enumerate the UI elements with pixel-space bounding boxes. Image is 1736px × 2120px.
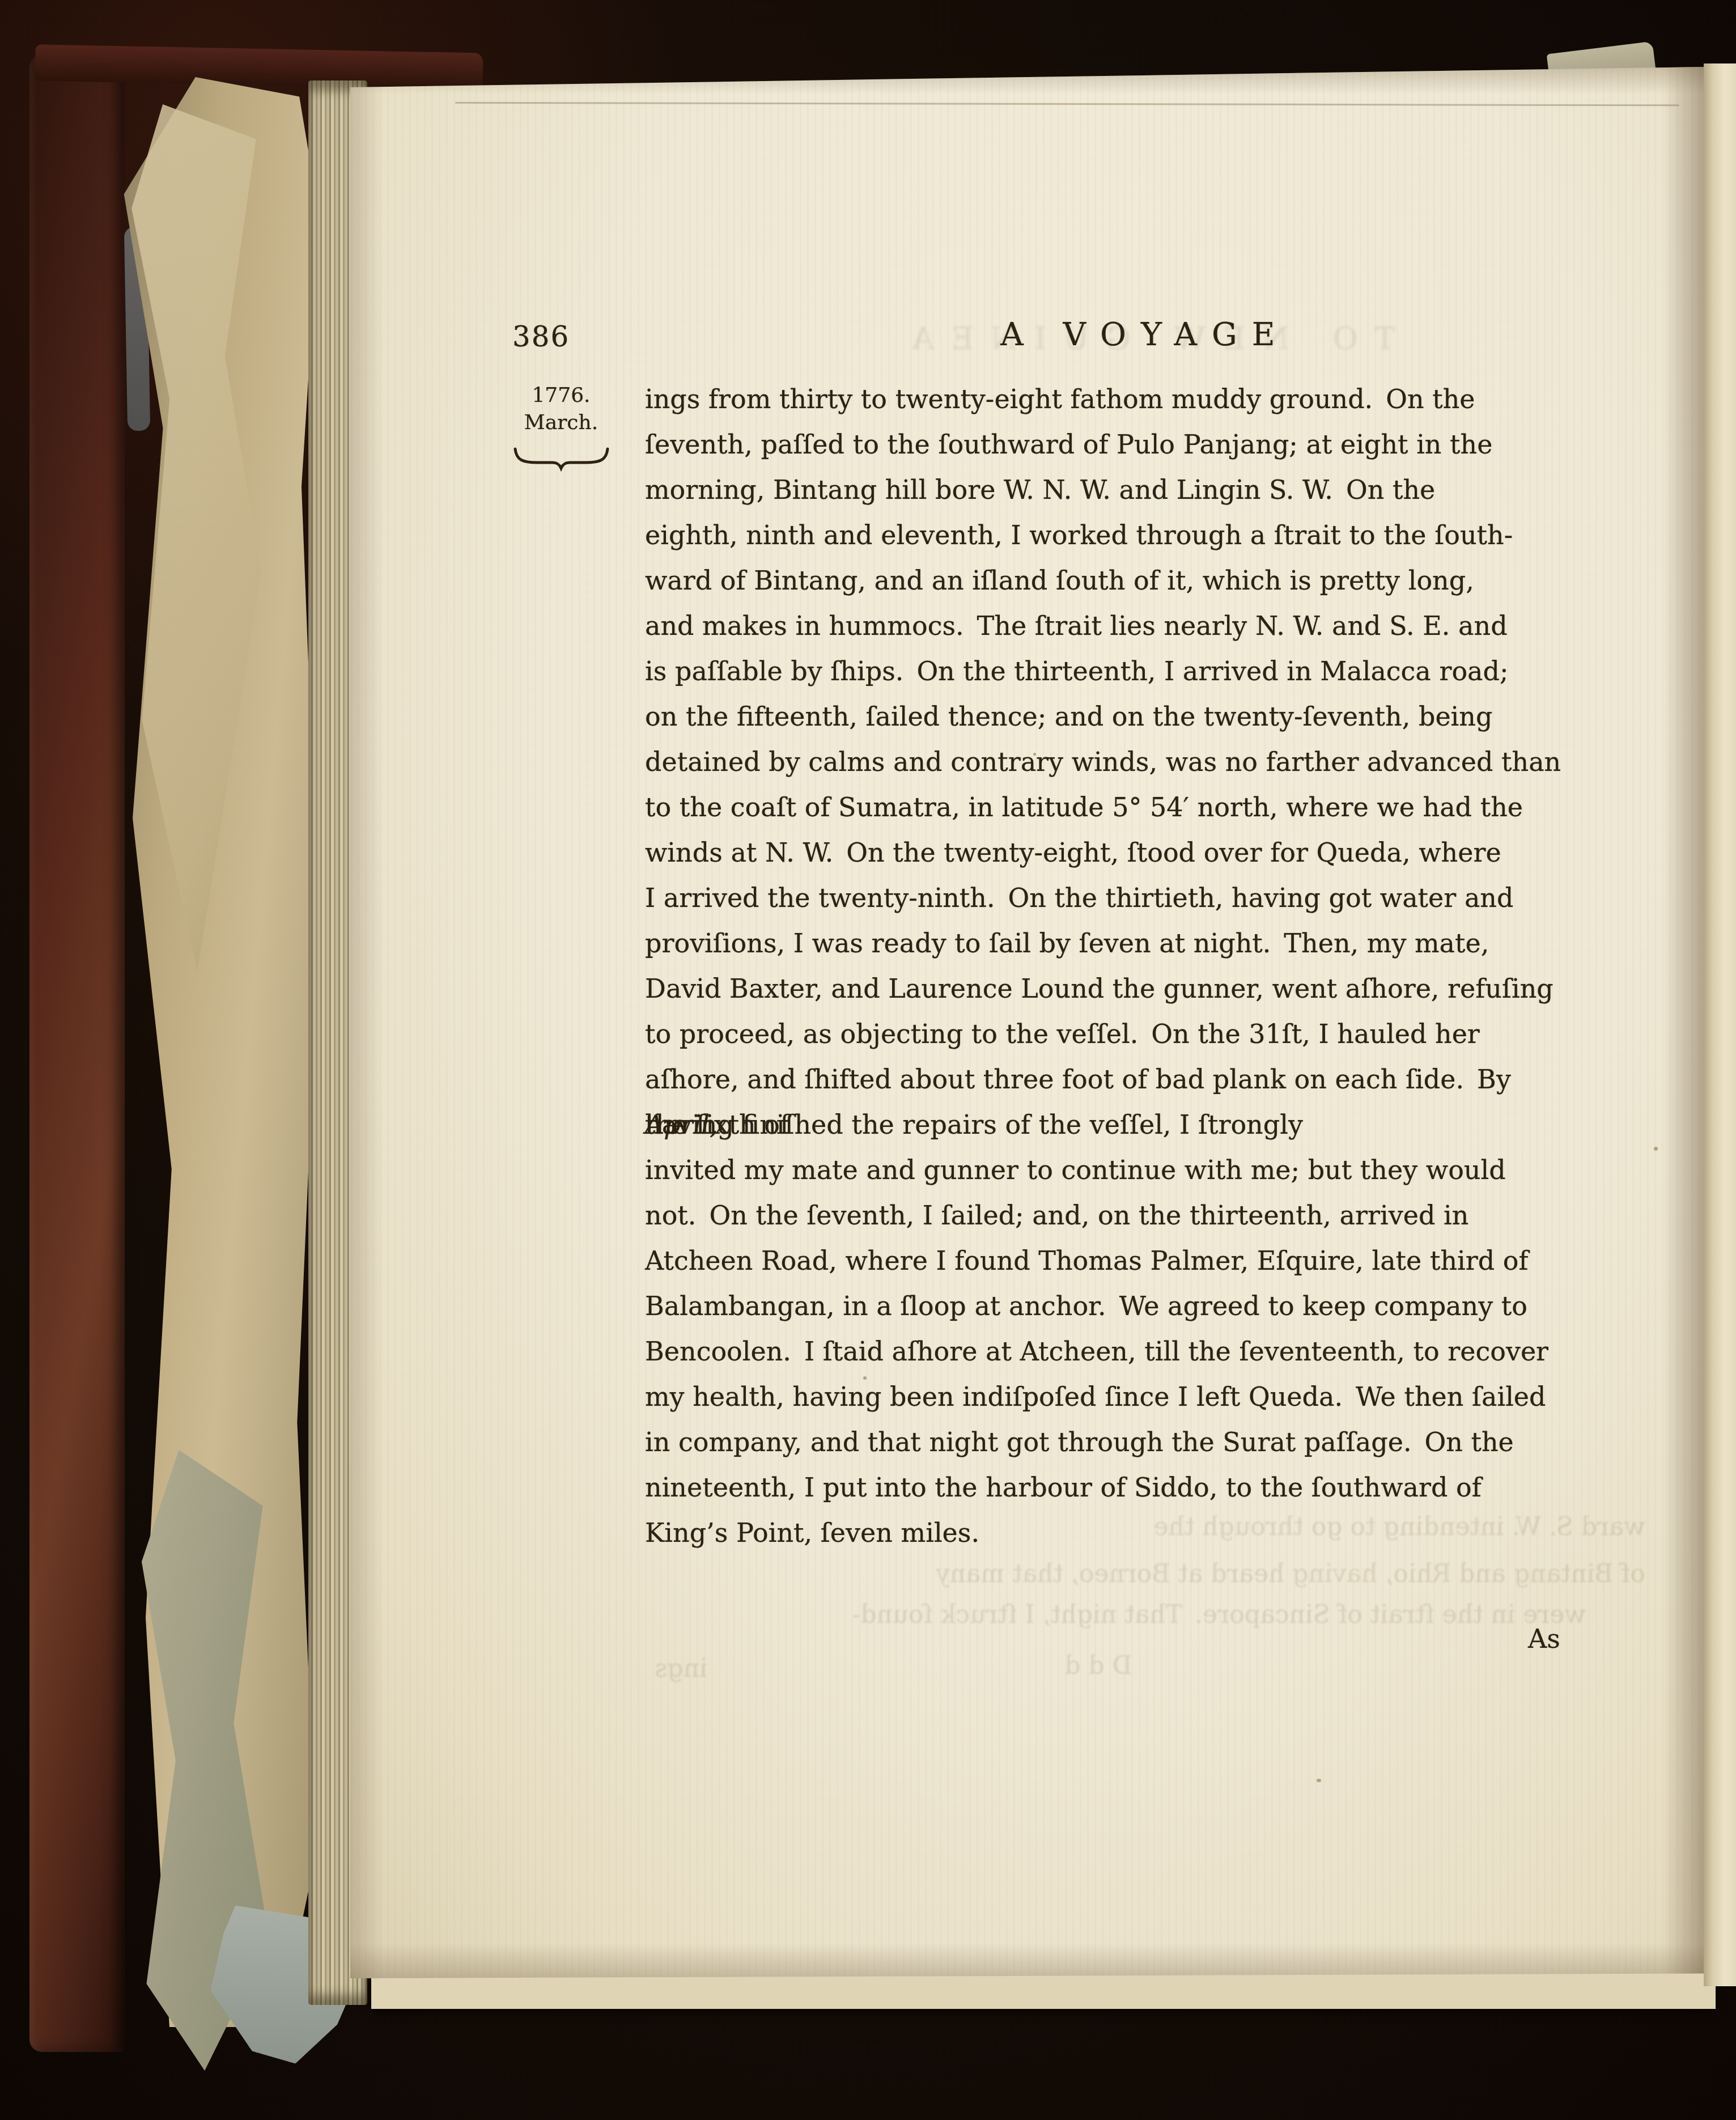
body-line: detained by calms and contrary winds, wa… [645, 739, 1645, 785]
text-segment: David Baxter, and Laurence Lound the gun… [645, 966, 1554, 1011]
margin-brace-icon [512, 446, 611, 472]
body-text: ings from thirty to twenty-eight fathom … [645, 376, 1645, 1555]
body-line: King’s Point, ſeven miles. [645, 1510, 1645, 1555]
text-segment: Balambangan, in a ſloop at anchor. We ag… [645, 1283, 1527, 1329]
body-line: ings from thirty to twenty-eight fathom … [645, 376, 1645, 422]
text-segment: Atcheen Road, where I found Thomas Palme… [645, 1238, 1529, 1283]
body-line: Balambangan, in a ſloop at anchor. We ag… [645, 1283, 1645, 1329]
body-line: ſeventh, paſſed to the ſouthward of Pulo… [645, 422, 1645, 467]
text-segment: ings from thirty to twenty-eight fathom … [645, 376, 1475, 422]
running-header: A VOYAGE [645, 317, 1645, 353]
text-segment: is paſſable by ſhips. On the thirteenth,… [645, 648, 1508, 694]
margin-note-date: 1776. March. [493, 382, 629, 472]
body-line: Atcheen Road, where I found Thomas Palme… [645, 1238, 1645, 1283]
text-segment: my health, having been indiſpoſed ſince … [645, 1374, 1546, 1419]
body-line: aſhore, and ſhifted about three foot of … [645, 1057, 1645, 1102]
body-line: winds at N. W. On the twenty-eight, ſtoo… [645, 830, 1645, 875]
body-line: David Baxter, and Laurence Lound the gun… [645, 966, 1645, 1011]
body-line: morning, Bintang hill bore W. N. W. and … [645, 467, 1645, 512]
text-segment: to proceed, as objecting to the veſſel. … [645, 1011, 1480, 1057]
bleed-through-line: were in the ſtrait of Sincapore. That ni… [645, 1600, 1586, 1630]
text-segment: to the coaſt of Sumatra, in latitude 5° … [645, 785, 1523, 830]
text-segment: aſhore, and ſhifted about three foot of … [645, 1057, 1511, 1102]
body-line: proviſions, I was ready to ſail by ſeven… [645, 921, 1645, 966]
text-segment: having finiſhed the repairs of the veſſe… [645, 1102, 1303, 1147]
bleed-through-line: D d d [985, 1651, 1212, 1681]
text-segment: ſeventh, paſſed to the ſouthward of Pulo… [645, 422, 1492, 467]
body-line: Bencoolen. I ſtaid aſhore at Atcheen, ti… [645, 1329, 1645, 1374]
next-page-edge [1704, 63, 1736, 1986]
text-segment: I arrived the twenty-ninth. On the thirt… [645, 875, 1513, 921]
body-line: ward of Bintang, and an iſland ſouth of … [645, 558, 1645, 603]
page-number: 386 [512, 321, 570, 353]
text-segment: eighth, ninth and eleventh, I worked thr… [645, 512, 1513, 558]
body-line: eighth, ninth and eleventh, I worked thr… [645, 512, 1645, 558]
bleed-through-line: ings [594, 1654, 707, 1684]
bleed-through-line: of Bintang and Rhio, having heard at Bor… [645, 1559, 1645, 1589]
text-segment: and makes in hummocs. The ſtrait lies ne… [645, 603, 1508, 648]
body-line: to the coaſt of Sumatra, in latitude 5° … [645, 785, 1645, 830]
text-segment: not. On the ſeventh, I ſailed; and, on t… [645, 1193, 1468, 1238]
text-segment: ward of Bintang, and an iſland ſouth of … [645, 558, 1474, 603]
text-segment: winds at N. W. On the twenty-eight, ſtoo… [645, 830, 1501, 875]
body-line: my health, having been indiſpoſed ſince … [645, 1374, 1645, 1419]
body-line: not. On the ſeventh, I ſailed; and, on t… [645, 1193, 1645, 1238]
body-line: I arrived the twenty-ninth. On the thirt… [645, 875, 1645, 921]
text-segment: morning, Bintang hill bore W. N. W. and … [645, 467, 1435, 512]
text-segment: proviſions, I was ready to ſail by ſeven… [645, 921, 1489, 966]
book-page: TO NEW GUINEA ward S. W. intending to go… [350, 67, 1704, 1978]
torn-page-edges [109, 73, 336, 2040]
book-photograph: TO NEW GUINEA ward S. W. intending to go… [0, 0, 1736, 2120]
text-segment: on the fifteenth, ſailed thence; and on … [645, 694, 1492, 739]
body-line: and makes in hummocs. The ſtrait lies ne… [645, 603, 1645, 648]
margin-note-year: 1776. [493, 382, 629, 409]
text-segment: in company, and that night got through t… [645, 1419, 1514, 1465]
body-line: is paſſable by ſhips. On the thirteenth,… [645, 648, 1645, 694]
catchword: As [1528, 1625, 1560, 1653]
text-segment: King’s Point, ſeven miles. [645, 1510, 979, 1555]
text-segment: invited my mate and gunner to continue w… [645, 1147, 1506, 1193]
body-line: in company, and that night got through t… [645, 1419, 1645, 1465]
text-segment: Bencoolen. I ſtaid aſhore at Atcheen, ti… [645, 1329, 1548, 1374]
body-line: invited my mate and gunner to continue w… [645, 1147, 1645, 1193]
body-line: to proceed, as objecting to the veſſel. … [645, 1011, 1645, 1057]
margin-note-month: March. [493, 409, 629, 436]
body-line: nineteenth, I put into the harbour of Si… [645, 1465, 1645, 1510]
text-segment: nineteenth, I put into the harbour of Si… [645, 1465, 1482, 1510]
body-line: the ſixth of April, having finiſhed the … [645, 1102, 1645, 1147]
text-segment: detained by calms and contrary winds, wa… [645, 739, 1561, 785]
body-line: on the fifteenth, ſailed thence; and on … [645, 694, 1645, 739]
